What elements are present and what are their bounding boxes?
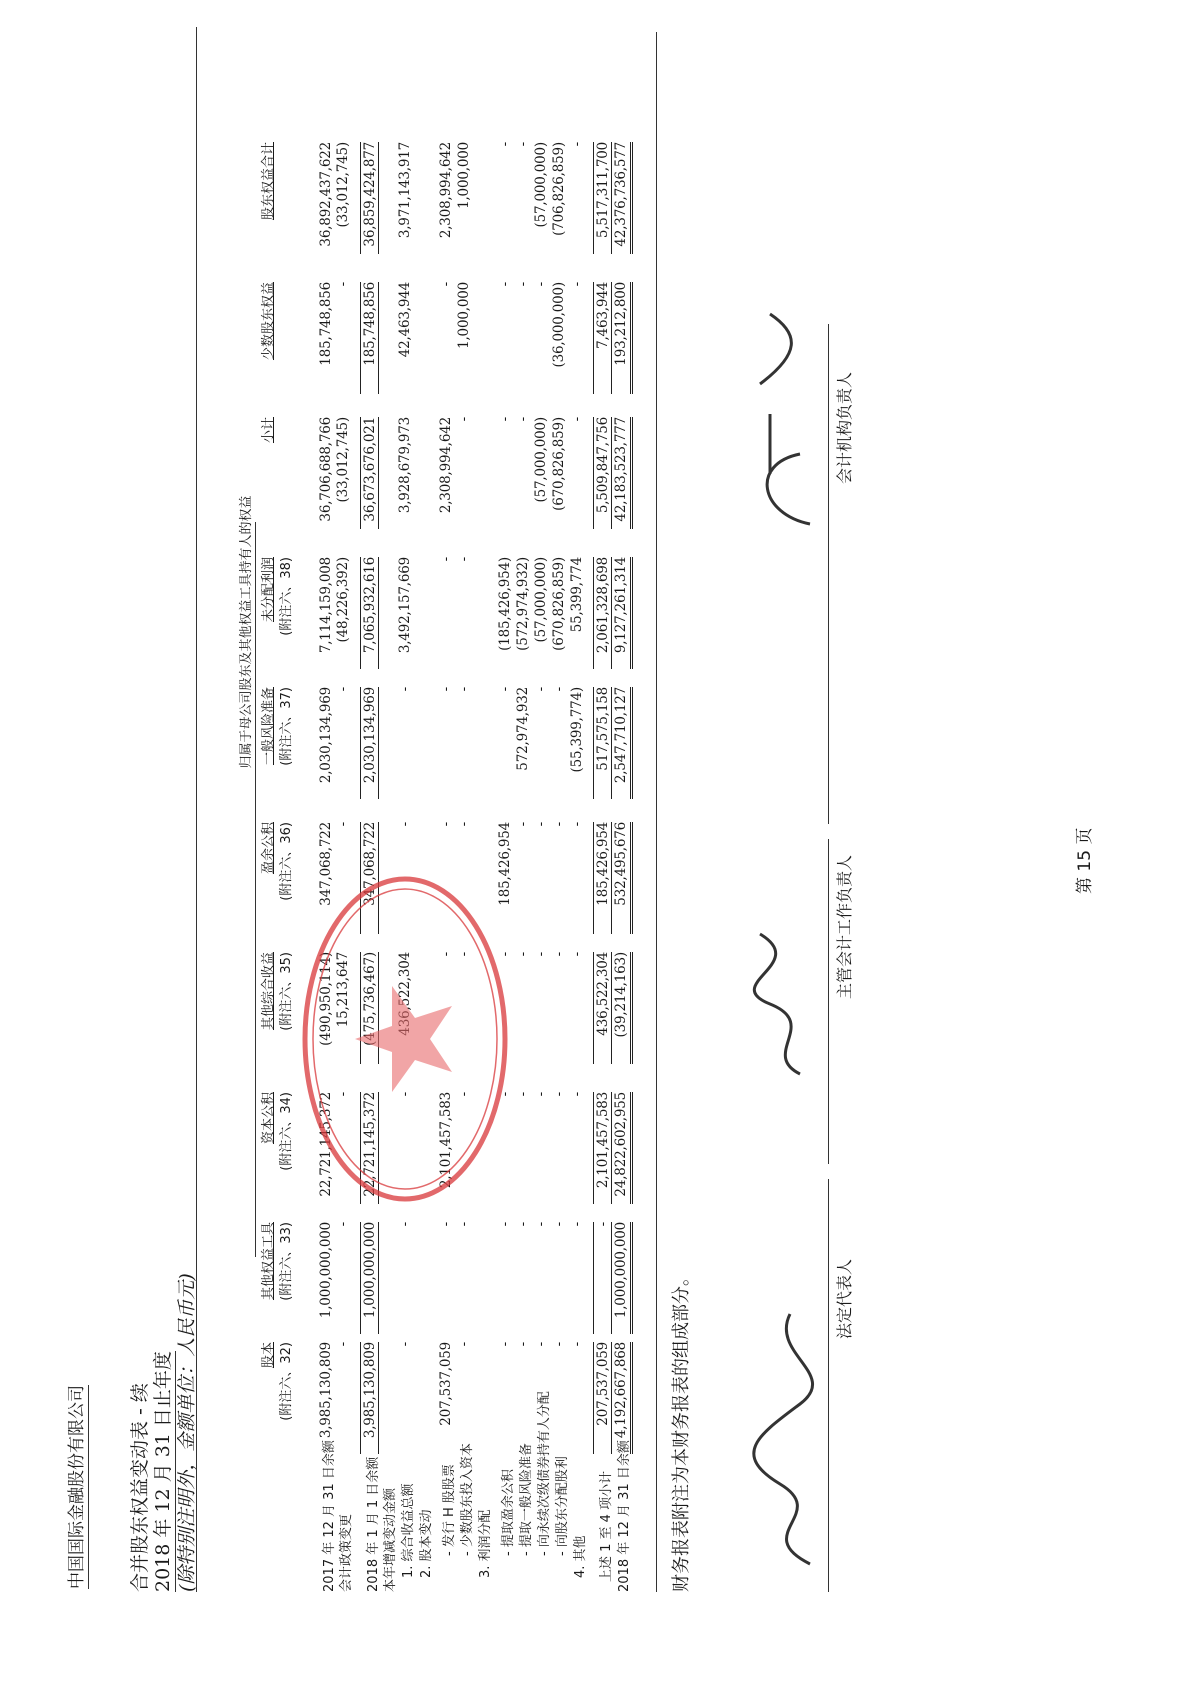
single-rule (360, 1342, 361, 1454)
table-cell: - (456, 557, 472, 687)
table-cell: - (497, 952, 513, 1082)
row-label: 3. 利润分配 (474, 1509, 493, 1578)
table-cell: (57,000,000) (533, 417, 549, 547)
single-rule (593, 1222, 594, 1334)
single-rule (378, 1222, 379, 1334)
table-cell: 2,101,457,583 (595, 1092, 611, 1222)
table-cell: - (497, 282, 513, 412)
table-cell: (670,826,859) (551, 557, 567, 687)
table-cell: - (533, 1342, 549, 1472)
column-title: 资本公积 (260, 1092, 278, 1212)
table-cell: 42,376,736,577 (613, 142, 629, 272)
table-cell: - (515, 1092, 531, 1222)
double-rule (630, 417, 633, 529)
handwritten-signature-icon (740, 254, 840, 534)
column-title: 一般风险准备 (260, 687, 278, 807)
table-cell: - (533, 952, 549, 1082)
table-cell: 1,000,000 (456, 282, 472, 412)
table-cell: - (551, 1092, 567, 1222)
table-cell: - (569, 282, 585, 412)
single-rule (378, 822, 379, 934)
single-rule (611, 687, 612, 799)
single-rule (378, 417, 379, 529)
footnote: 财务报表附注为本财务报表的组成部分。 (667, 1268, 693, 1592)
single-rule (360, 1222, 361, 1334)
single-rule (593, 282, 594, 394)
table-cell: (39,214,163) (613, 952, 629, 1082)
table-cell: 5,517,311,700 (595, 142, 611, 272)
table-cell: - (456, 1092, 472, 1222)
table-cell: 36,892,437,622 (318, 142, 334, 272)
column-header: 股本(附注六、32) (260, 1342, 296, 1462)
table-cell: 2,308,994,642 (438, 417, 454, 547)
single-rule (593, 952, 594, 1064)
table-cell: - (515, 142, 531, 272)
row-label: 4. 其他 (569, 1535, 588, 1578)
single-rule (360, 822, 361, 934)
table-cell: - (335, 822, 351, 952)
table-cell: - (397, 687, 413, 817)
single-rule (378, 952, 379, 1064)
table-cell: - (335, 1222, 351, 1352)
table-cell: 185,426,954 (595, 822, 611, 952)
table-cell: - (335, 687, 351, 817)
single-rule (378, 557, 379, 669)
column-header: 资本公积(附注六、34) (260, 1092, 296, 1212)
table-cell: - (335, 1092, 351, 1222)
table-cell: 1,000,000,000 (362, 1222, 378, 1352)
column-title: 少数股东权益 (260, 282, 278, 402)
table-cell: 185,426,954 (497, 822, 513, 952)
table-cell: - (397, 1342, 413, 1472)
table-cell: - (569, 417, 585, 547)
table-cell: 22,721,145,372 (362, 1092, 378, 1222)
double-rule (630, 1222, 633, 1334)
column-header: 股东权益合计 (260, 142, 278, 262)
single-rule (378, 1342, 379, 1454)
single-rule (378, 687, 379, 799)
table-cell: 532,495,676 (613, 822, 629, 952)
double-rule (630, 952, 633, 1064)
table-cell: 42,463,944 (397, 282, 413, 412)
single-rule (378, 1092, 379, 1204)
table-cell: 7,463,944 (595, 282, 611, 412)
table-cell: 2,308,994,642 (438, 142, 454, 272)
table-cell: - (456, 1342, 472, 1472)
single-rule (611, 557, 612, 669)
table-cell: (36,000,000) (551, 282, 567, 412)
column-title: 股东权益合计 (260, 142, 278, 262)
row-label: 1. 综合收益总额 (397, 1483, 416, 1578)
table-cell: - (335, 282, 351, 412)
table-cell: 9,127,261,314 (613, 557, 629, 687)
column-header: 一般风险准备(附注六、37) (260, 687, 296, 807)
table-cell: - (551, 952, 567, 1082)
handwritten-signature-icon (740, 804, 840, 1084)
table-cell: - (438, 687, 454, 817)
single-rule (378, 282, 379, 394)
table-cell: 436,522,304 (397, 952, 413, 1082)
table-cell: - (456, 1222, 472, 1352)
single-rule (593, 1092, 594, 1204)
column-note: (附注六、35) (278, 952, 296, 1072)
single-rule (360, 142, 361, 254)
double-rule (630, 142, 633, 254)
column-note: (附注六、34) (278, 1092, 296, 1212)
single-rule (360, 952, 361, 1064)
table-cell: 193,212,800 (613, 282, 629, 412)
row-label: - 发行 H 股股票 (438, 1464, 457, 1556)
table-cell: - (515, 1222, 531, 1352)
table-cell: - (569, 822, 585, 952)
table-cell: - (595, 1222, 611, 1352)
column-title: 小计 (260, 417, 278, 537)
footnote-rule (656, 32, 657, 1592)
table-cell: 36,706,688,766 (318, 417, 334, 547)
column-title: 其他权益工具 (260, 1222, 278, 1342)
table-cell: 2,030,134,969 (362, 687, 378, 817)
table-cell: 572,974,932 (515, 687, 531, 817)
column-header: 小计 (260, 417, 278, 537)
table-cell: - (397, 822, 413, 952)
single-rule (593, 557, 594, 669)
row-label: 2. 股本变动 (415, 1509, 434, 1578)
column-title: 盈余公积 (260, 822, 278, 942)
single-rule (593, 1342, 594, 1454)
table-cell: 3,492,157,669 (397, 557, 413, 687)
table-cell: - (515, 822, 531, 952)
table-cell: - (515, 952, 531, 1082)
column-header: 其他权益工具(附注六、33) (260, 1222, 296, 1342)
table-cell: (33,012,745) (335, 142, 351, 272)
single-rule (611, 282, 612, 394)
table-cell: - (438, 557, 454, 687)
column-note: (附注六、33) (278, 1222, 296, 1342)
table-cell: - (533, 1222, 549, 1352)
table-cell: - (497, 417, 513, 547)
table-cell: 207,537,059 (595, 1342, 611, 1472)
table-cell: (33,012,745) (335, 417, 351, 547)
table-cell: - (551, 822, 567, 952)
table-cell: - (456, 952, 472, 1082)
table-cell: 22,721,145,372 (318, 1092, 334, 1222)
table-cell: - (569, 142, 585, 272)
column-title: 未分配利润 (260, 557, 278, 677)
table-cell: - (515, 417, 531, 547)
single-rule (593, 417, 594, 529)
double-rule (630, 557, 633, 669)
single-rule (378, 142, 379, 254)
table-cell: (490,950,114) (318, 952, 334, 1082)
table-cell: 3,928,679,973 (397, 417, 413, 547)
table-cell: 517,575,158 (595, 687, 611, 817)
table-cell: - (335, 1342, 351, 1472)
double-rule (630, 687, 633, 799)
table-cell: - (533, 822, 549, 952)
table-cell: - (569, 1342, 585, 1472)
table-cell: - (533, 282, 549, 412)
table-cell: - (456, 417, 472, 547)
table-cell: - (397, 1092, 413, 1222)
single-rule (360, 557, 361, 669)
table-cell: 185,748,856 (318, 282, 334, 412)
table-cell: 3,985,130,809 (362, 1342, 378, 1472)
table-cell: (55,399,774) (569, 687, 585, 817)
column-title: 其他综合收益 (260, 952, 278, 1072)
table-cell: 3,985,130,809 (318, 1342, 334, 1472)
single-rule (611, 822, 612, 934)
group-title: 归属于母公司股东及其他权益工具持有人的权益 (235, 372, 254, 892)
row-label: 上述 1 至 4 项小计 (595, 1471, 614, 1582)
table-cell: - (438, 1222, 454, 1352)
table-cell: 5,509,847,756 (595, 417, 611, 547)
table-cell: - (497, 687, 513, 817)
single-rule (360, 1092, 361, 1204)
table-cell: - (438, 952, 454, 1082)
table-cell: 2,547,710,127 (613, 687, 629, 817)
table-cell: 2,030,134,969 (318, 687, 334, 817)
table-cell: 347,068,722 (362, 822, 378, 952)
table-cell: 24,822,602,955 (613, 1092, 629, 1222)
table-cell: (57,000,000) (533, 142, 549, 272)
table-cell: 1,000,000,000 (318, 1222, 334, 1352)
table-cell: 1,000,000 (456, 142, 472, 272)
table-cell: 4,192,667,868 (613, 1342, 629, 1472)
table-cell: (57,000,000) (533, 557, 549, 687)
table-cell: 55,399,774 (569, 557, 585, 687)
column-header: 少数股东权益 (260, 282, 278, 402)
table-cell: 15,213,647 (335, 952, 351, 1082)
table-cell: (706,826,859) (551, 142, 567, 272)
column-header: 其他综合收益(附注六、35) (260, 952, 296, 1072)
single-rule (611, 417, 612, 529)
double-rule (630, 1092, 633, 1204)
table-cell: - (569, 1222, 585, 1352)
table-cell: 1,000,000,000 (613, 1222, 629, 1352)
row-label: 本年增减变动金额 (379, 1488, 398, 1592)
column-header: 盈余公积(附注六、36) (260, 822, 296, 942)
table-cell: 436,522,304 (595, 952, 611, 1082)
table-cell: 207,537,059 (438, 1342, 454, 1472)
double-rule (630, 1342, 633, 1454)
table-cell: - (533, 687, 549, 817)
column-note: (附注六、36) (278, 822, 296, 942)
table-cell: 3,971,143,917 (397, 142, 413, 272)
table-cell: - (533, 1092, 549, 1222)
table-cell: 36,859,424,877 (362, 142, 378, 272)
table-cell: - (515, 282, 531, 412)
table-cell: - (551, 687, 567, 817)
table-cell: - (397, 1222, 413, 1352)
column-header: 未分配利润(附注六、38) (260, 557, 296, 677)
table-cell: 36,673,676,021 (362, 417, 378, 547)
table-cell: 7,065,932,616 (362, 557, 378, 687)
double-rule (630, 822, 633, 934)
single-rule (611, 1222, 612, 1334)
table-cell: 7,114,159,008 (318, 557, 334, 687)
single-rule (360, 687, 361, 799)
table-cell: 42,183,523,777 (613, 417, 629, 547)
table-cell: - (438, 282, 454, 412)
single-rule (593, 142, 594, 254)
handwritten-signature-icon (740, 1294, 840, 1574)
table-cell: 347,068,722 (318, 822, 334, 952)
company-name: 中国国际金融股份有限公司 (62, 1385, 89, 1589)
table-cell: 2,101,457,583 (438, 1092, 454, 1222)
single-rule (611, 1092, 612, 1204)
row-label: 会计政策变更 (335, 1514, 354, 1592)
column-note: (附注六、38) (278, 557, 296, 677)
top-rule (196, 27, 197, 1592)
table-cell: - (515, 1342, 531, 1472)
single-rule (360, 417, 361, 529)
table-cell: - (497, 1092, 513, 1222)
table-cell: (670,826,859) (551, 417, 567, 547)
table-cell: - (551, 1342, 567, 1472)
column-note: (附注六、32) (278, 1342, 296, 1462)
table-cell: - (438, 822, 454, 952)
table-cell: 185,748,856 (362, 282, 378, 412)
column-note: (附注六、37) (278, 687, 296, 807)
table-cell: 2,061,328,698 (595, 557, 611, 687)
unit-note: (除特别注明外，金额单位：人民币元) (172, 1273, 199, 1592)
table-cell: - (456, 687, 472, 817)
table-cell: - (569, 1092, 585, 1222)
column-title: 股本 (260, 1342, 278, 1462)
document-page: 中国国际金融股份有限公司 合并股东权益变动表 - 续 2018 年 12 月 3… (0, 0, 1190, 1684)
table-cell: (475,736,467) (362, 952, 378, 1082)
table-cell: (185,426,954) (497, 557, 513, 687)
row-label: - 提取盈余公积 (497, 1469, 516, 1556)
table-cell: - (551, 1222, 567, 1352)
group-rule (255, 522, 256, 1257)
page-number: 第 15 页 (1070, 828, 1095, 894)
table-cell: - (497, 1222, 513, 1352)
table-cell: - (569, 952, 585, 1082)
single-rule (593, 822, 594, 934)
table-cell: - (497, 1342, 513, 1472)
single-rule (611, 952, 612, 1064)
single-rule (611, 1342, 612, 1454)
single-rule (360, 282, 361, 394)
table-cell: - (497, 142, 513, 272)
table-cell: - (456, 822, 472, 952)
double-rule (630, 282, 633, 394)
single-rule (611, 142, 612, 254)
table-cell: (48,226,392) (335, 557, 351, 687)
single-rule (593, 687, 594, 799)
table-cell: (572,974,932) (515, 557, 531, 687)
